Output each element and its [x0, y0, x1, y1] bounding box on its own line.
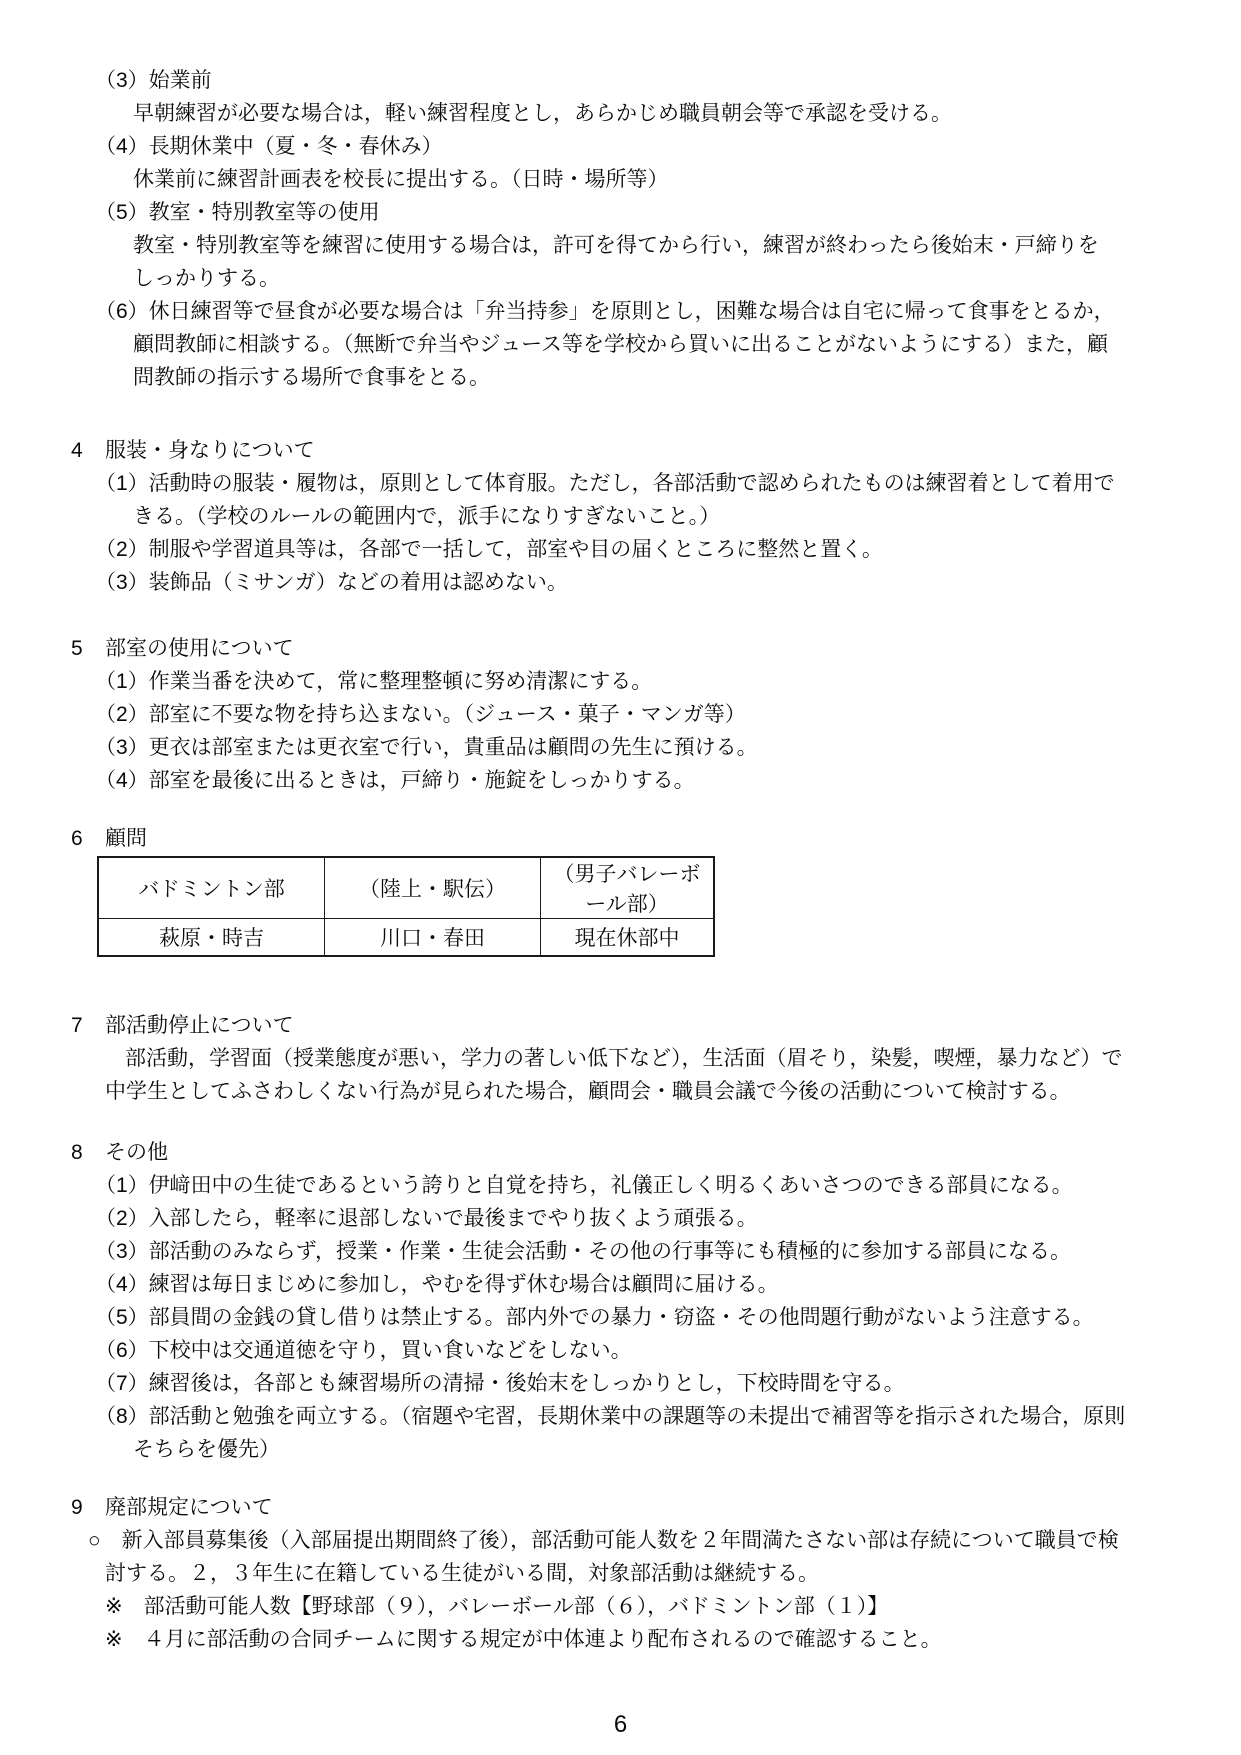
- section-number: 8: [71, 1136, 105, 1169]
- section-number: 4: [71, 434, 105, 467]
- text-line: （1）活動時の服装・履物は，原則として体育服。ただし，各部活動で認められたものは…: [95, 467, 1241, 500]
- section-dress-code: 4服装・身なりについて （1）活動時の服装・履物は，原則として体育服。ただし，各…: [0, 434, 1241, 599]
- section-heading: 4服装・身なりについて: [71, 434, 1241, 467]
- text-line: （4）練習は毎日まじめに参加し，やむを得ず休む場合は顧問に届ける。: [95, 1268, 1241, 1301]
- text-line: （2）入部したら，軽率に退部しないで最後までやり抜くよう頑張る。: [95, 1202, 1241, 1235]
- text-line: （8）部活動と勉強を両立する。（宿題や宅習，長期休業中の課題等の未提出で補習等を…: [95, 1400, 1241, 1433]
- text-line: ※ 部活動可能人数【野球部（９），バレーボール部（６），バドミントン部（１）】: [105, 1590, 1241, 1623]
- text-line: （4）部室を最後に出るときは，戸締り・施錠をしっかりする。: [95, 764, 1241, 797]
- section-heading: 9廃部規定について: [71, 1491, 1241, 1524]
- text-line: 教室・特別教室等を練習に使用する場合は，許可を得てから行い，練習が終わったら後始…: [133, 229, 1241, 262]
- table-cell: 萩原・時吉: [98, 919, 325, 957]
- text-line: 討する。２，３年生に在籍している生徒がいる間，対象部活動は継続する。: [105, 1557, 1241, 1590]
- text-line: ※ ４月に部活動の合同チームに関する規定が中体連より配布されるので確認すること。: [105, 1623, 1241, 1656]
- section-number: 5: [71, 632, 105, 665]
- table-cell: 川口・春田: [325, 919, 541, 957]
- section-title: 服装・身なりについて: [105, 439, 315, 462]
- text-line: 顧問教師に相談する。（無断で弁当やジュース等を学校から買いに出ることがないように…: [133, 328, 1241, 361]
- document-page: （3）始業前 早朝練習が必要な場合は，軽い練習程度とし，あらかじめ職員朝会等で承…: [0, 0, 1241, 1755]
- text-line: （5）教室・特別教室等の使用: [95, 196, 1241, 229]
- text-line: （5）部員間の金銭の貸し借りは禁止する。部内外での暴力・窃盗・その他問題行動がな…: [95, 1301, 1241, 1334]
- text-line: （4）長期休業中（夏・冬・春休み）: [95, 130, 1241, 163]
- text-line: （2）制服や学習道具等は，各部で一括して，部室や目の届くところに整然と置く。: [95, 533, 1241, 566]
- table-data-row: 萩原・時吉 川口・春田 現在休部中: [98, 919, 714, 957]
- section-number: 7: [71, 1009, 105, 1042]
- section-title: 部活動停止について: [105, 1014, 294, 1037]
- section-other: 8その他 （1）伊﨑田中の生徒であるという誇りと自覚を持ち，礼儀正しく明るくあい…: [0, 1136, 1241, 1466]
- text-line: 中学生としてふさわしくない行為が見られた場合，顧問会・職員会議で今後の活動につい…: [105, 1075, 1241, 1108]
- text-line: きる。（学校のルールの範囲内で，派手になりすぎないこと。）: [133, 500, 1241, 533]
- section-heading: 6顧問: [71, 822, 1241, 855]
- advisors-table: バドミントン部 （陸上・駅伝） （男子バレーボール部） 萩原・時吉 川口・春田 …: [97, 856, 715, 957]
- text-line: （2）部室に不要な物を持ち込まない。（ジュース・菓子・マンガ等）: [95, 698, 1241, 731]
- section-title: 顧問: [105, 827, 147, 850]
- text-line: （1）伊﨑田中の生徒であるという誇りと自覚を持ち，礼儀正しく明るくあいさつのでき…: [95, 1169, 1241, 1202]
- section-number: 6: [71, 822, 105, 855]
- section-number: 9: [71, 1491, 105, 1524]
- table-header-cell: （男子バレーボール部）: [541, 857, 715, 919]
- section-abolition-rule: 9廃部規定について ○ 新入部員募集後（入部届提出期間終了後），部活動可能人数を…: [0, 1491, 1241, 1656]
- text-line: ○ 新入部員募集後（入部届提出期間終了後），部活動可能人数を２年間満たさない部は…: [88, 1524, 1241, 1557]
- section-heading: 5部室の使用について: [71, 632, 1241, 665]
- section-title: 部室の使用について: [105, 637, 294, 660]
- text-line: そちらを優先）: [133, 1433, 1241, 1466]
- page-number: 6: [0, 1708, 1241, 1741]
- text-line: 早朝練習が必要な場合は，軽い練習程度とし，あらかじめ職員朝会等で承認を受ける。: [133, 97, 1241, 130]
- table-header-row: バドミントン部 （陸上・駅伝） （男子バレーボール部）: [98, 857, 714, 919]
- section-heading: 7部活動停止について: [71, 1009, 1241, 1042]
- text-line: 休業前に練習計画表を校長に提出する。（日時・場所等）: [133, 163, 1241, 196]
- section-suspension: 7部活動停止について 部活動，学習面（授業態度が悪い，学力の著しい低下など），生…: [0, 1009, 1241, 1108]
- text-line: 問教師の指示する場所で食事をとる。: [133, 361, 1241, 394]
- text-line: （3）更衣は部室または更衣室で行い，貴重品は顧問の先生に預ける。: [95, 731, 1241, 764]
- text-line: （6）休日練習等で昼食が必要な場合は「弁当持参」を原則とし，困難な場合は自宅に帰…: [95, 295, 1241, 328]
- table-header-cell: バドミントン部: [98, 857, 325, 919]
- table-cell: 現在休部中: [541, 919, 715, 957]
- text-line: （3）装飾品（ミサンガ）などの着用は認めない。: [95, 566, 1241, 599]
- section-advisors: 6顧問 バドミントン部 （陸上・駅伝） （男子バレーボール部） 萩原・時吉 川口…: [0, 822, 1241, 957]
- section-heading: 8その他: [71, 1136, 1241, 1169]
- text-line: （1）作業当番を決めて，常に整理整頓に努め清潔にする。: [95, 665, 1241, 698]
- text-line: （6）下校中は交通道徳を守り，買い食いなどをしない。: [95, 1334, 1241, 1367]
- pre-section-items: （3）始業前 早朝練習が必要な場合は，軽い練習程度とし，あらかじめ職員朝会等で承…: [0, 64, 1241, 394]
- table-header-cell: （陸上・駅伝）: [325, 857, 541, 919]
- section-clubroom-use: 5部室の使用について （1）作業当番を決めて，常に整理整頓に努め清潔にする。 （…: [0, 632, 1241, 797]
- text-line: しっかりする。: [133, 262, 1241, 295]
- text-line: 部活動，学習面（授業態度が悪い，学力の著しい低下など），生活面（眉そり，染髪，喫…: [125, 1042, 1241, 1075]
- section-title: その他: [105, 1141, 168, 1164]
- text-line: （3）始業前: [95, 64, 1241, 97]
- text-line: （7）練習後は，各部とも練習場所の清掃・後始末をしっかりとし，下校時間を守る。: [95, 1367, 1241, 1400]
- text-line: （3）部活動のみならず，授業・作業・生徒会活動・その他の行事等にも積極的に参加す…: [95, 1235, 1241, 1268]
- section-title: 廃部規定について: [105, 1496, 273, 1519]
